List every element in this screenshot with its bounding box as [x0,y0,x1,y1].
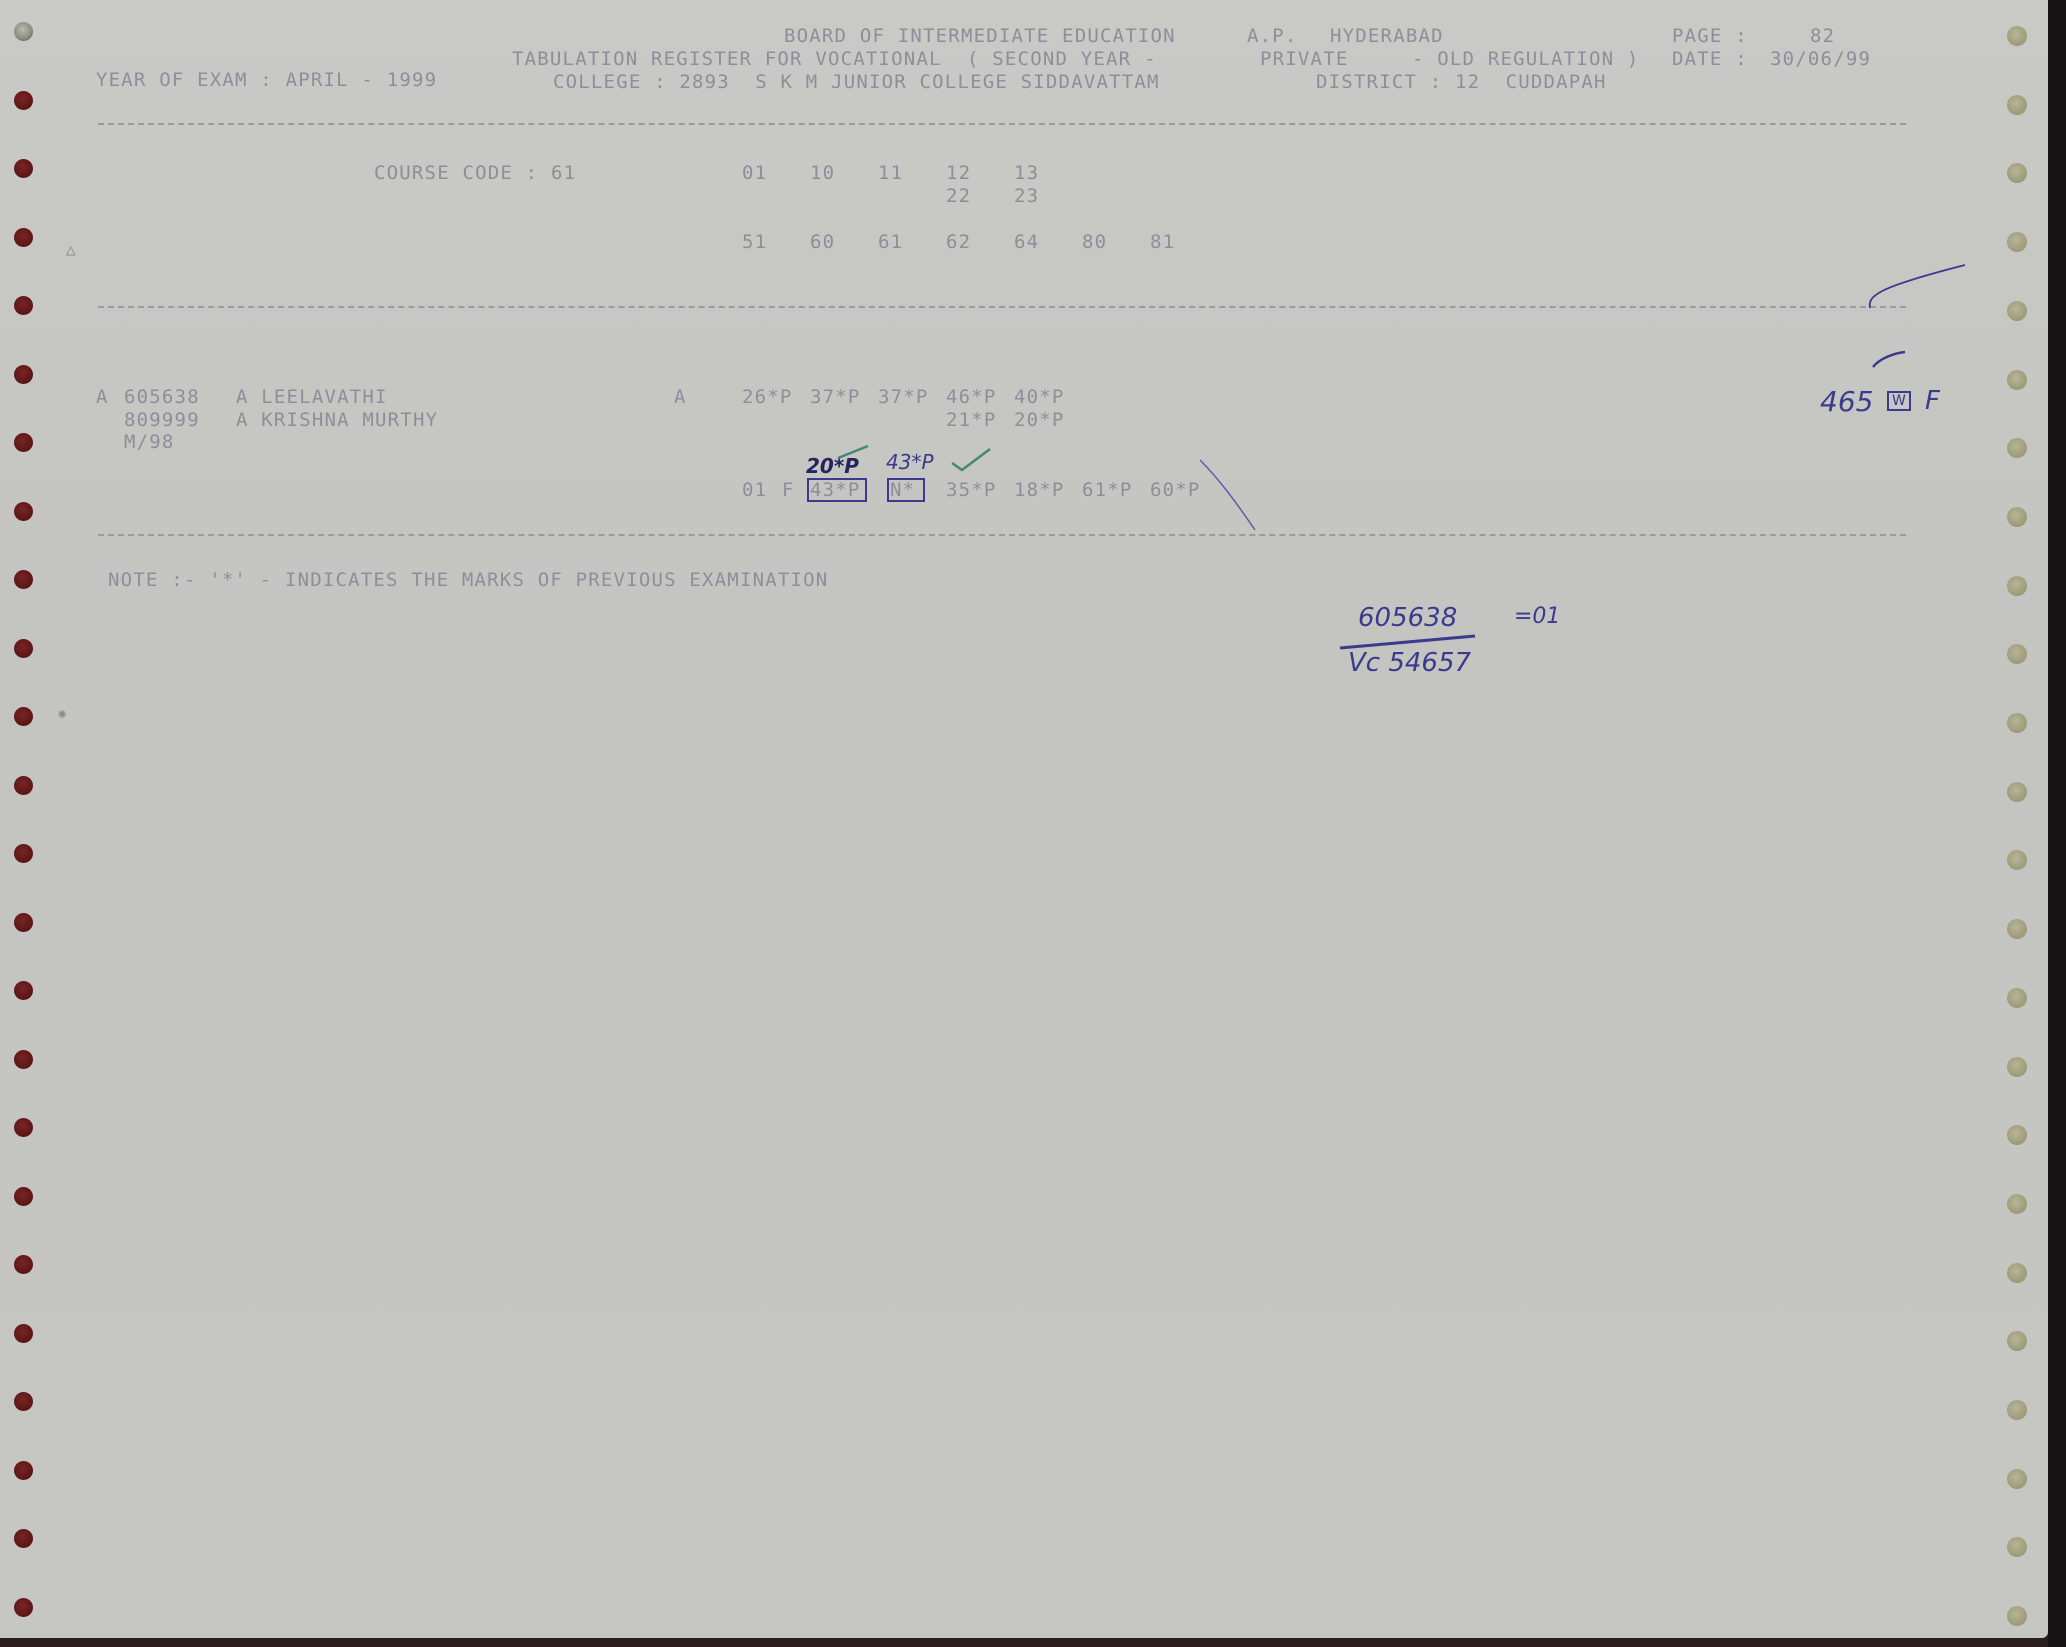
table-background [2048,0,2066,1647]
pen-strokes [0,0,2048,1638]
tabulation-register-sheet: △ ✺ BOARD OF INTERMEDIATE EDUCATION A.P.… [0,0,2048,1638]
